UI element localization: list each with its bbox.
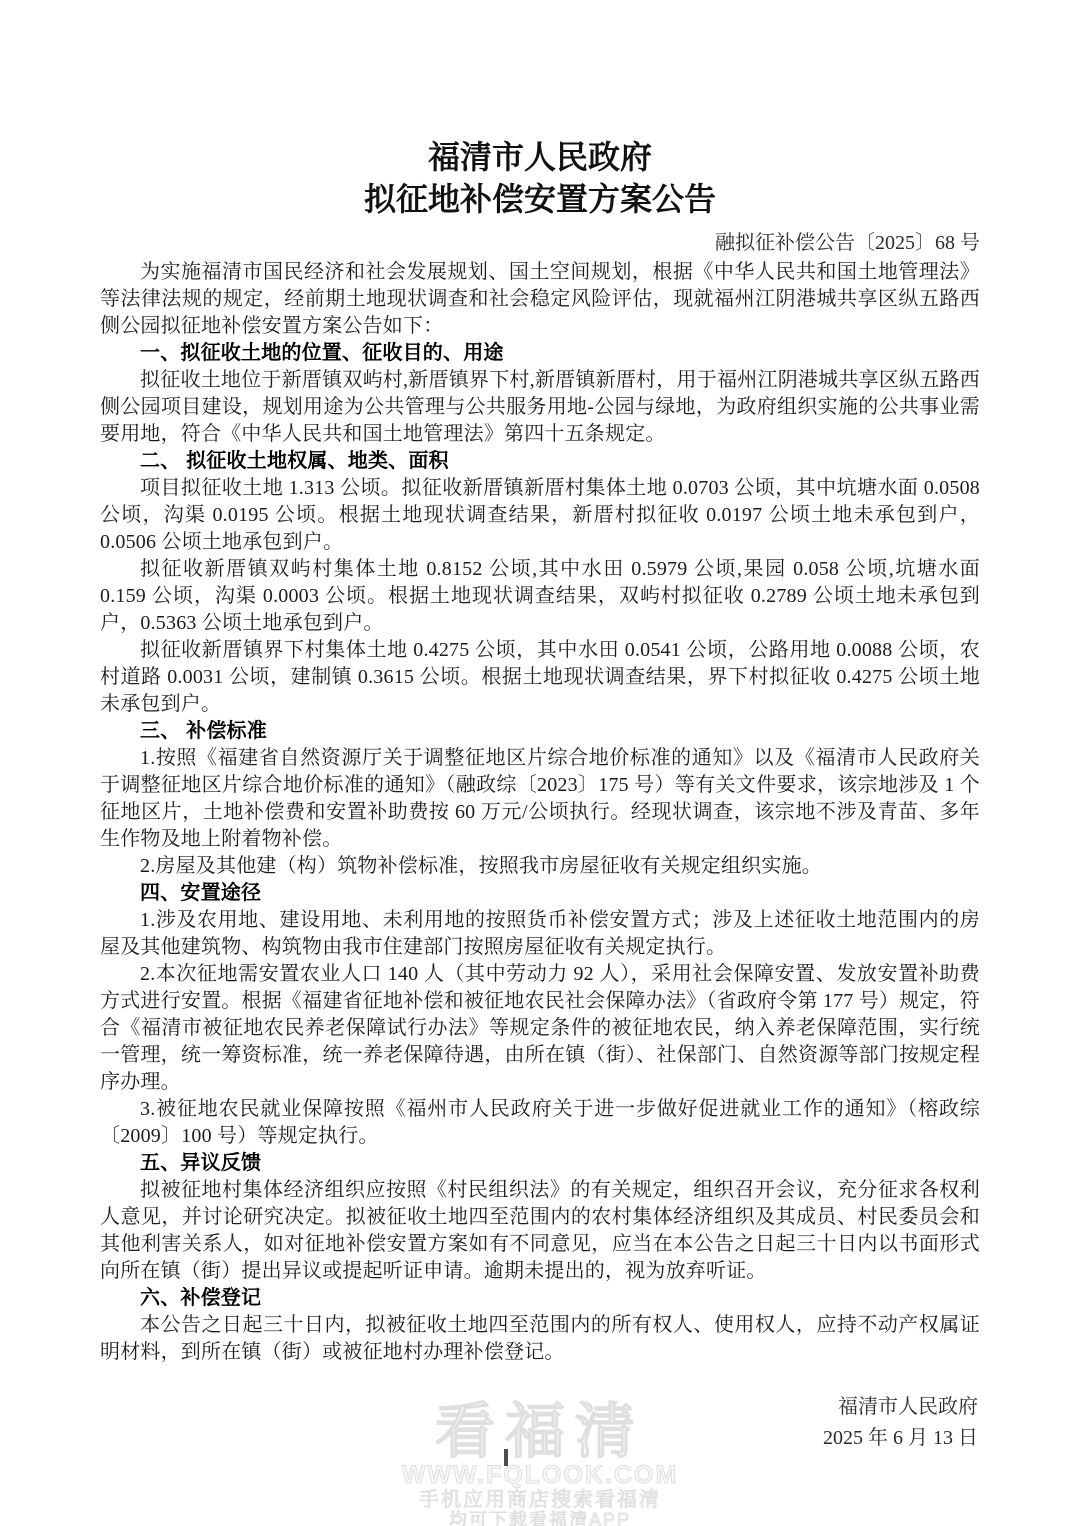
- document-body: 为实施福清市国民经济和社会发展规划、国土空间规划，根据《中华人民共和国土地管理法…: [100, 259, 980, 1366]
- paragraph: 项目拟征收土地 1.313 公顷。拟征收新厝镇新厝村集体土地 0.0703 公顷…: [100, 475, 980, 556]
- paragraph: 为实施福清市国民经济和社会发展规划、国土空间规划，根据《中华人民共和国土地管理法…: [100, 259, 980, 340]
- signature-name: 福清市人民政府: [100, 1392, 978, 1423]
- watermark-line2: 均可下载看福清APP: [0, 1511, 1080, 1526]
- title-line-1: 福清市人民政府: [100, 136, 980, 178]
- watermark-line1: 手机应用商店搜索看福清: [0, 1490, 1080, 1511]
- watermark-url: WWW.FQLOOK.COM: [0, 1462, 1080, 1488]
- paragraph: 拟被征地村集体经济组织应按照《村民组织法》的有关规定，组织召开会议，充分征求各权…: [100, 1177, 980, 1285]
- section-heading: 五、异议反馈: [100, 1150, 980, 1177]
- paragraph: 1.按照《福建省自然资源厅关于调整征地区片综合地价标准的通知》以及《福清市人民政…: [100, 745, 980, 853]
- section-heading: 三、 补偿标准: [100, 718, 980, 745]
- paragraph: 拟征收土地位于新厝镇双屿村,新厝镇界下村,新厝镇新厝村，用于福州江阴港城共享区纵…: [100, 367, 980, 448]
- document-number: 融拟征补偿公告〔2025〕68 号: [100, 226, 980, 255]
- cursor-artifact: [504, 1449, 508, 1466]
- signature-date: 2025 年 6 月 13 日: [100, 1423, 978, 1454]
- section-heading: 一、拟征收土地的位置、征收目的、用途: [100, 340, 980, 367]
- signature-block: 福清市人民政府 2025 年 6 月 13 日: [100, 1392, 980, 1454]
- paragraph: 本公告之日起三十日内，拟被征收土地四至范围内的所有权人、使用权人，应持不动产权属…: [100, 1312, 980, 1366]
- section-heading: 六、补偿登记: [100, 1285, 980, 1312]
- paragraph: 3.被征地农民就业保障按照《福州市人民政府关于进一步做好促进就业工作的通知》（榕…: [100, 1096, 980, 1150]
- title-line-2: 拟征地补偿安置方案公告: [100, 178, 980, 220]
- paragraph: 拟征收新厝镇界下村集体土地 0.4275 公顷，其中水田 0.0541 公顷，公…: [100, 637, 980, 718]
- section-heading: 二、 拟征收土地权属、地类、面积: [100, 448, 980, 475]
- paragraph: 1.涉及农用地、建设用地、未利用地的按照货币补偿安置方式；涉及上述征收土地范围内…: [100, 907, 980, 961]
- section-heading: 四、安置途径: [100, 880, 980, 907]
- document-title: 福清市人民政府 拟征地补偿安置方案公告: [100, 136, 980, 220]
- paragraph: 2.房屋及其他建（构）筑物补偿标准，按照我市房屋征收有关规定组织实施。: [100, 853, 980, 880]
- document-page: 福清市人民政府 拟征地补偿安置方案公告 融拟征补偿公告〔2025〕68 号 为实…: [100, 0, 980, 1454]
- paragraph: 2.本次征地需安置农业人口 140 人（其中劳动力 92 人），采用社会保障安置…: [100, 961, 980, 1096]
- paragraph: 拟征收新厝镇双屿村集体土地 0.8152 公顷,其中水田 0.5979 公顷,果…: [100, 556, 980, 637]
